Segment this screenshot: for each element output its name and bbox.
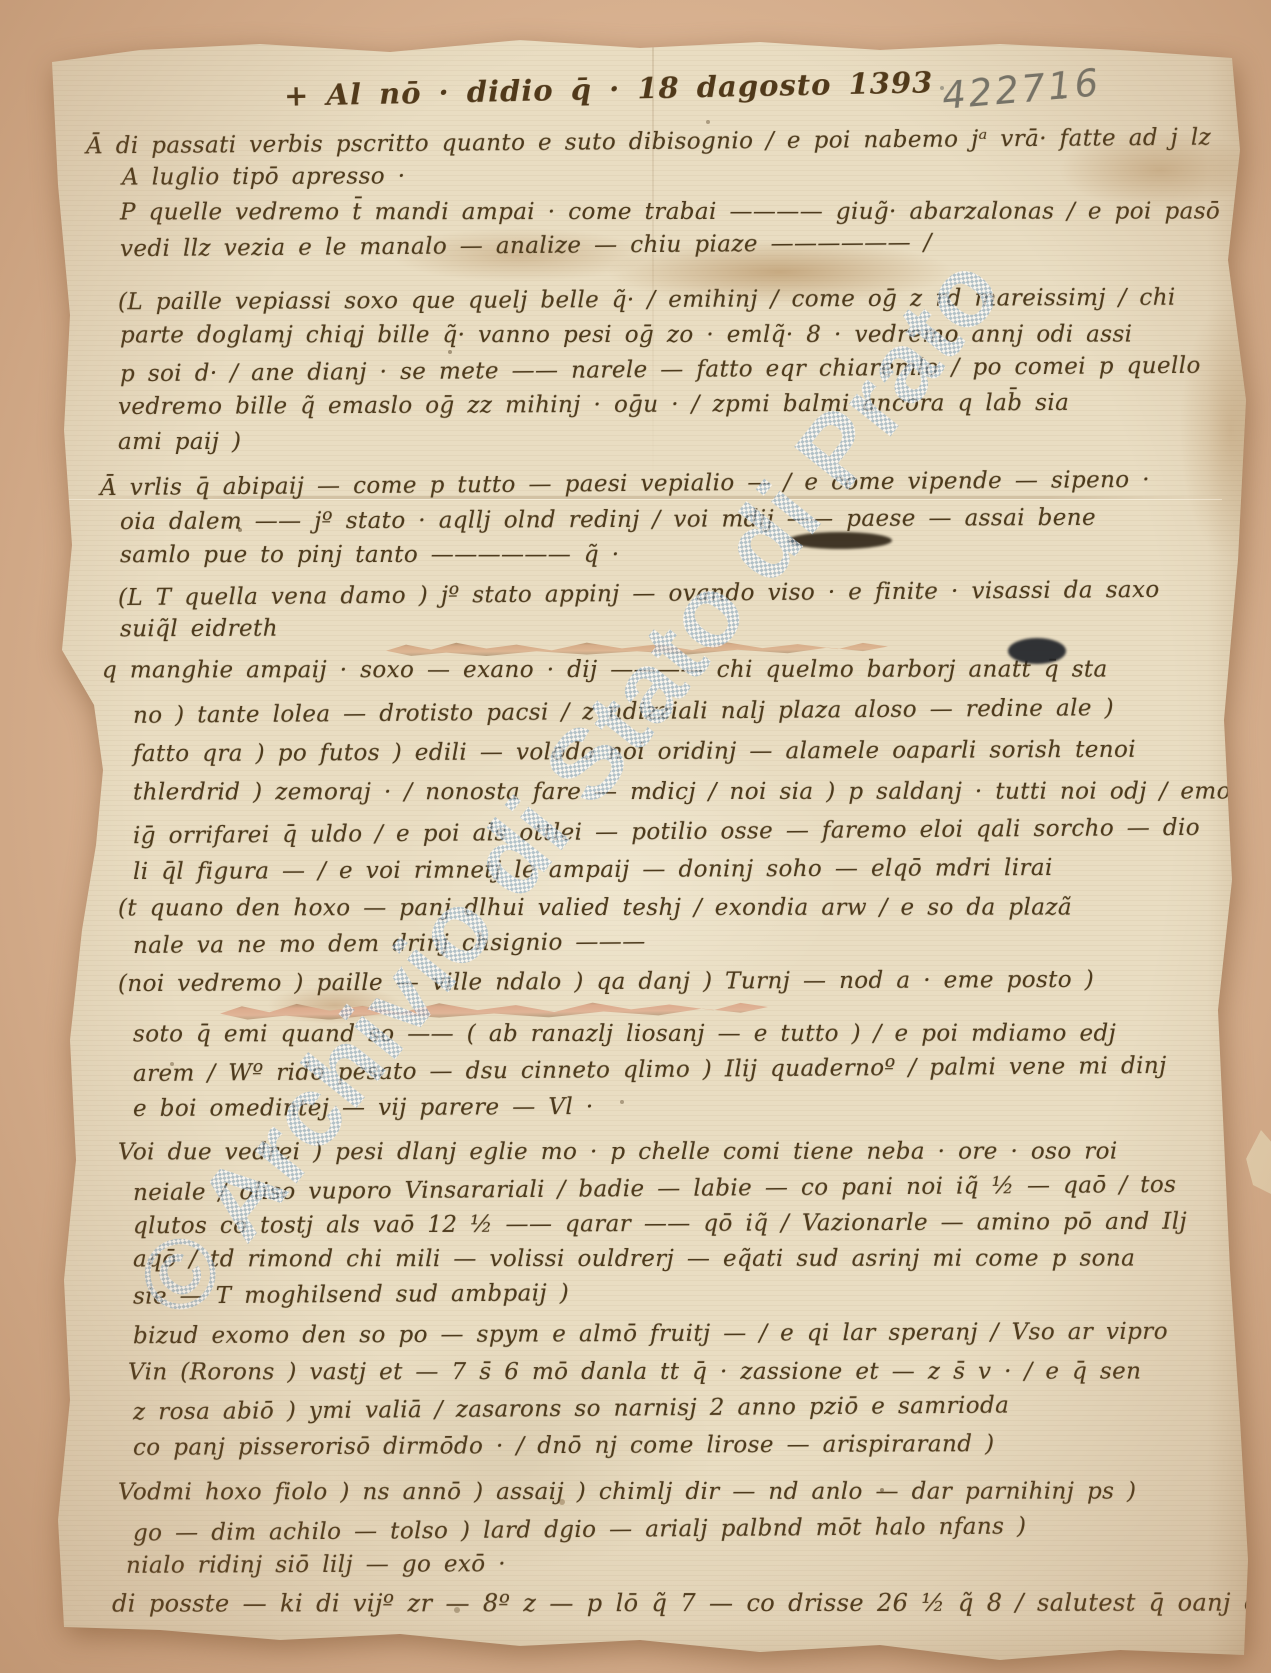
manuscript-line: ami paij ) [118,430,241,455]
manuscript-line: P quelle vedremo t̄ mandi ampai · come t… [120,200,1220,226]
manuscript-line: aqō / td rimond chi mili — volissi ouldr… [133,1247,1135,1273]
manuscript-line: z rosa abiō ) ymi valiā / zasarons so na… [133,1394,1009,1426]
manuscript-line: iḡ orrifarei q̄ uldo / e poi als ottlei … [133,816,1200,850]
paper-specks [0,0,4,4]
manuscript-line: Ā di passati verbis pscritto quanto e su… [86,126,1211,160]
ink-blot [1008,638,1066,664]
paper-sheet-wrap: + Al nō · didio q̄ · 18 dagosto 1393 422… [0,0,1271,1673]
date-heading: + Al nō · didio q̄ · 18 dagosto 1393 [284,65,934,113]
manuscript-line: soto q̄ emi quand so —— ( ab ranazlj lio… [133,1022,1116,1048]
manuscript-line: vedi llz vezia e le manalo — analize — c… [120,231,932,263]
manuscript-line: thlerdrid ) zemoraj · / nonosta fare — m… [133,780,1253,806]
manuscript-line: samlo pue to pinj tanto —————— q̃ · [120,543,619,569]
manuscript-scan: + Al nō · didio q̄ · 18 dagosto 1393 422… [0,0,1271,1673]
manuscript-line: go — dim achilo — tolso ) lard dgio — ar… [133,1514,1027,1546]
manuscript-line: co panj pisserorisō dirmōdo · / dnō nj c… [133,1432,995,1461]
manuscript-line: (noi vedremo ) paille — ville ndalo ) qa… [118,968,1094,998]
manuscript-line: nialo ridinj siō lilj — go exō · [126,1552,506,1579]
paper-sheet: + Al nō · didio q̄ · 18 dagosto 1393 422… [0,0,1271,1673]
manuscript-line: li q̄l figura — / e voi rimnetj le ampai… [133,856,1053,885]
vertical-fold-crease [652,46,654,496]
manuscript-line: di posste — ki di vijº zr — 8º z — p lō … [112,1589,1271,1617]
paper-tear-lower [220,997,768,1021]
manuscript-line: oia dalem —— jº stato · aqllj olnd redin… [120,506,1096,536]
manuscript-line: Vodmi hoxo fiolo ) ns annō ) assaij ) ch… [118,1480,1136,1506]
manuscript-line: A luglio tipō apresso · [122,164,406,191]
manuscript-line: p soi d· / ane dianj · se mete —— narele… [120,354,1201,388]
catalog-number: 422716 [940,61,1102,118]
manuscript-line: (t quano den hoxo — panj dlhui valied te… [118,896,1072,922]
manuscript-line: bizud exomo den so po — spym e almō frui… [133,1320,1168,1350]
manuscript-line: Vin (Rorons ) vastj et — 7 s̄ 6 mō danla… [128,1360,1141,1386]
manuscript-line: suiq̃l eidreth [120,617,278,643]
